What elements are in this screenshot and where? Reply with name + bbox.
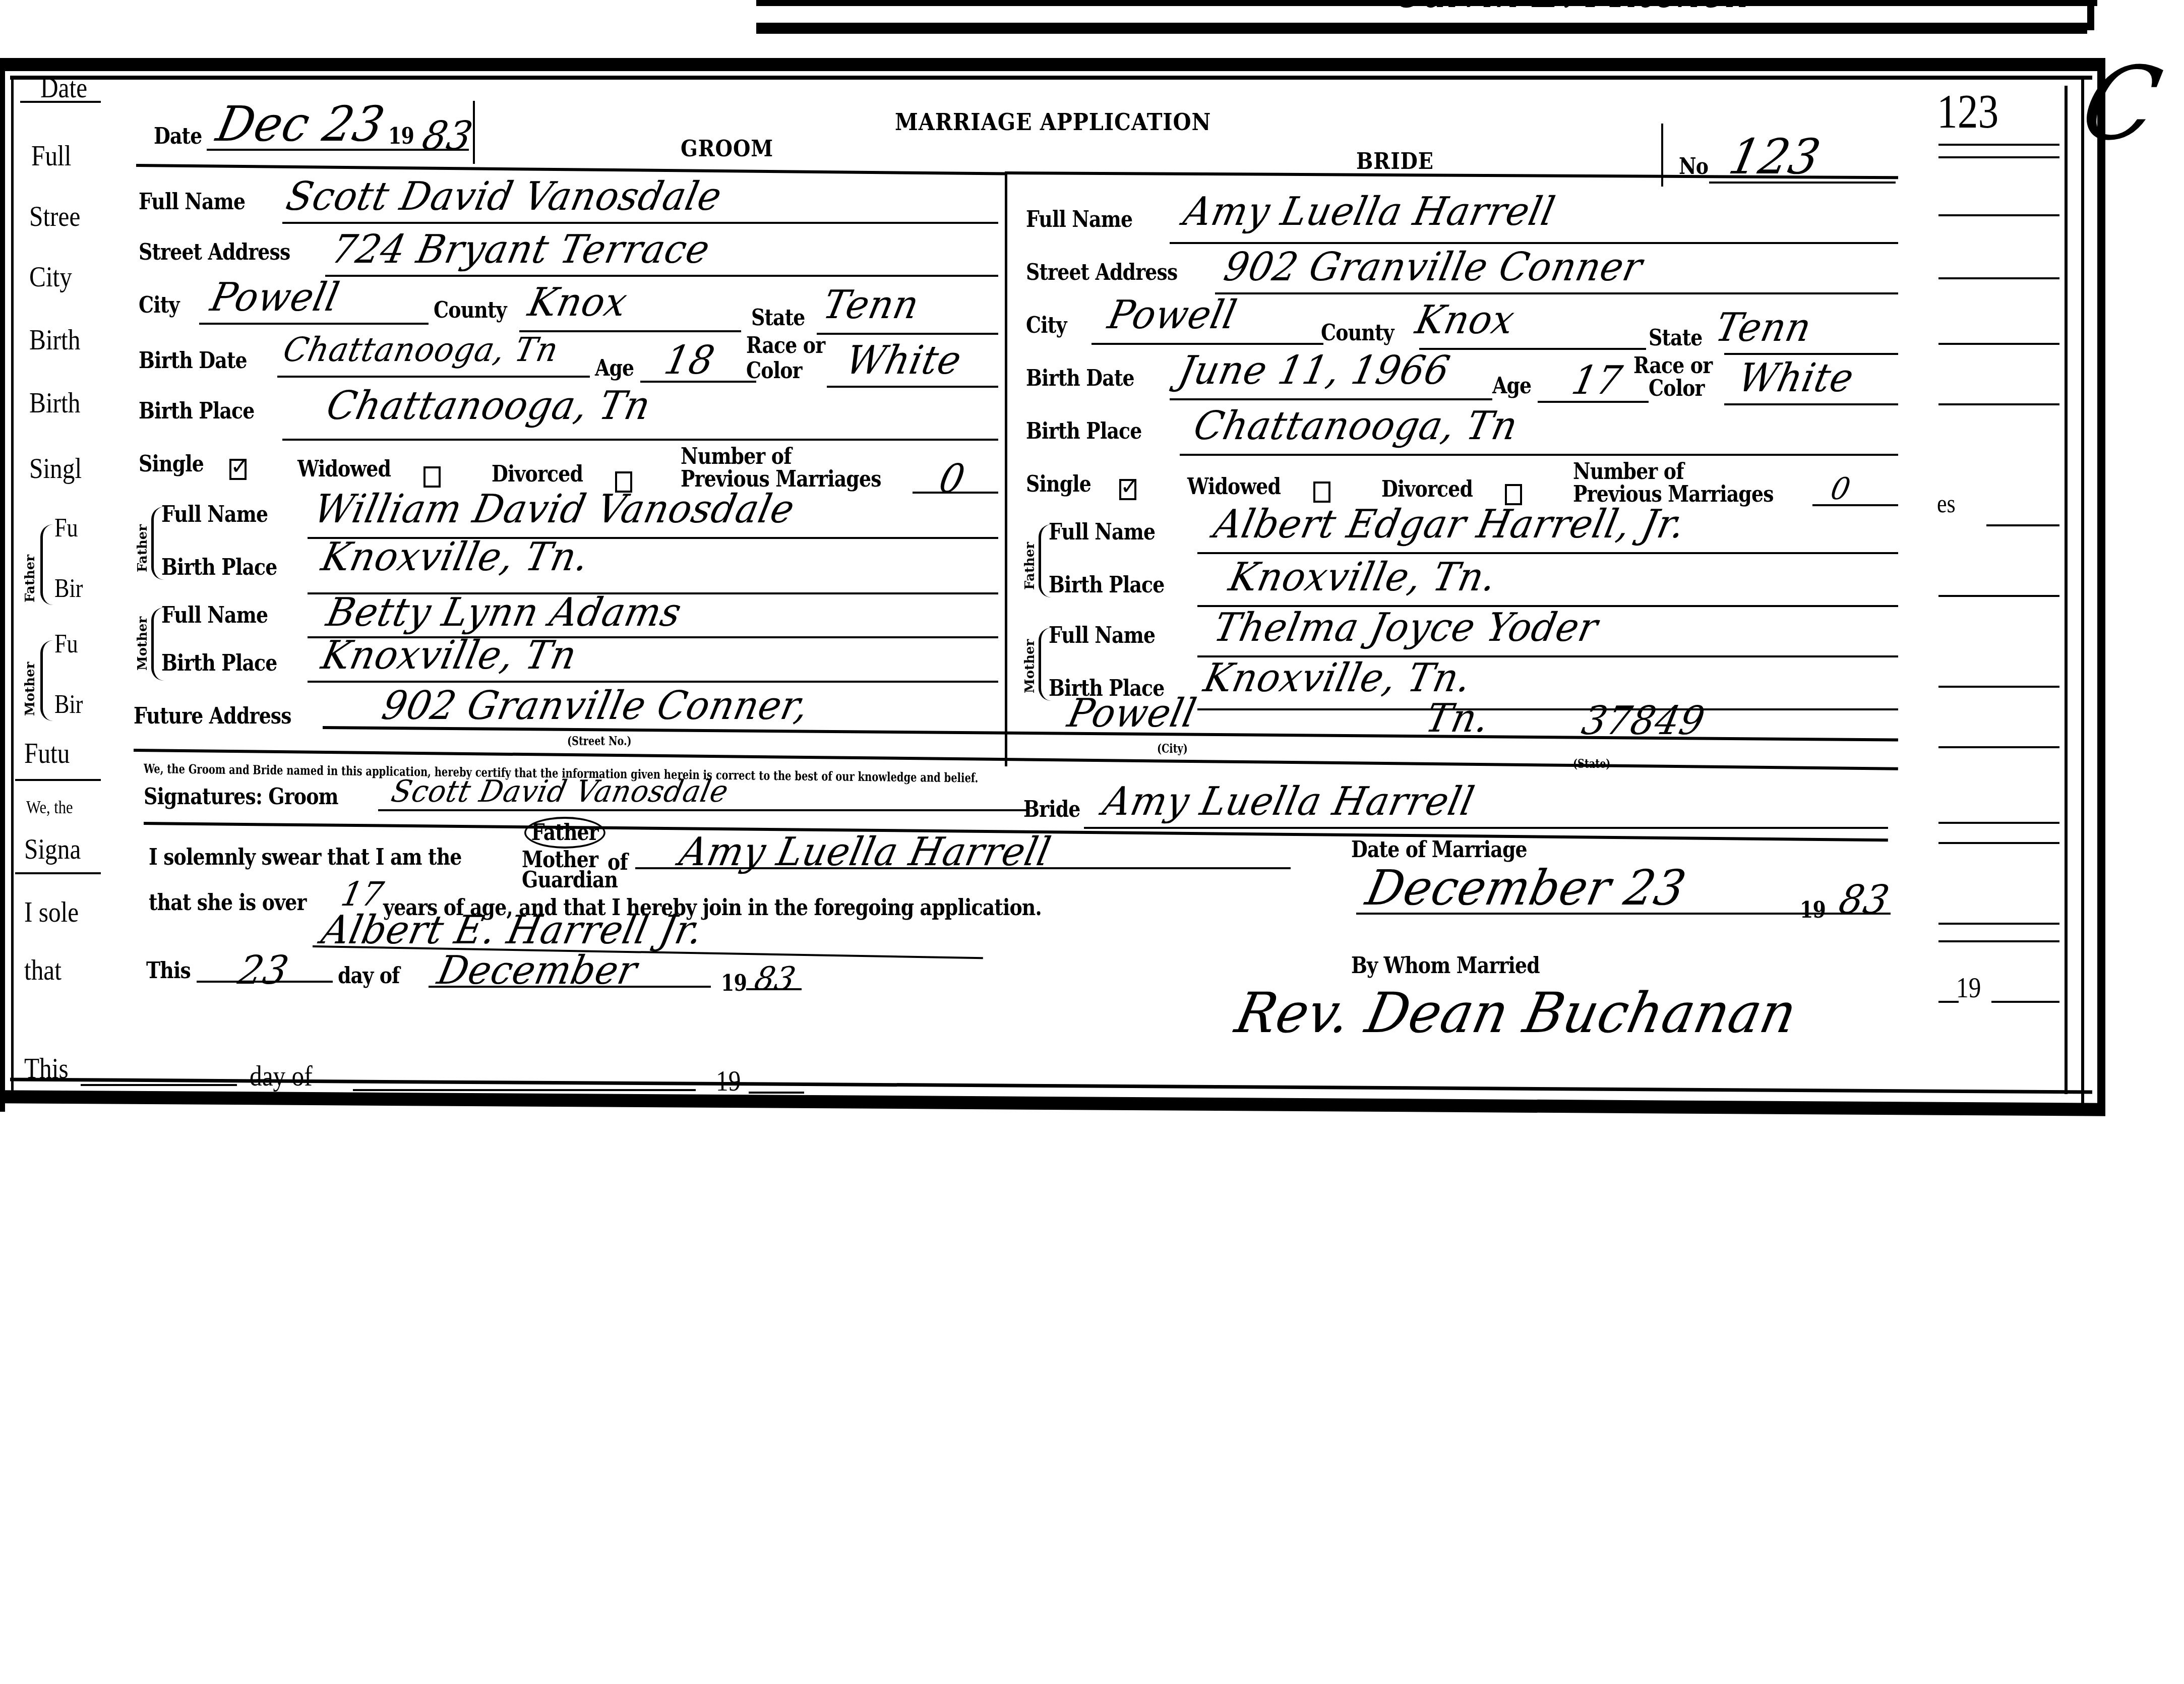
outer-border-right (2097, 58, 2105, 1112)
groom-prev-line (913, 492, 998, 494)
groom-mother-side-label: Mother (135, 617, 150, 671)
groom-race-line (827, 386, 998, 388)
groom-father-side-label: Father (135, 524, 150, 572)
groom-father-birth-place-label: Birth Place (161, 555, 277, 580)
bride-signature-label: Bride (1023, 797, 1080, 822)
stub-label: Bir (54, 690, 83, 719)
bride-birth-place-line (1180, 454, 1898, 456)
outer-border-left (0, 58, 5, 1112)
stub-label: Birth (29, 323, 80, 356)
bride-father-birth-place-label: Birth Place (1049, 572, 1164, 598)
groom-signature-line (378, 809, 1028, 811)
groom-mother-full-name[interactable]: Betty Lynn Adams (323, 590, 686, 635)
right-stub-fragment: es (1937, 489, 1956, 519)
date-of-marriage-value[interactable]: December 23 (1361, 860, 1691, 916)
bride-signature[interactable]: Amy Luella Harrell (1099, 779, 1478, 824)
groom-county[interactable]: Knox (524, 280, 631, 325)
consent-day-line (197, 981, 333, 983)
top-previous-form-border-2 (756, 23, 2087, 34)
stub-label: Fu (54, 629, 78, 659)
right-stub-line (1938, 746, 2059, 748)
right-stub-line (1986, 524, 2059, 526)
stub-line (15, 779, 101, 781)
bride-full-name-line (1170, 242, 1898, 244)
application-date-label: Date (154, 124, 202, 149)
consent-day-of-label: day of (338, 963, 399, 989)
bride-birth-date-line (1170, 398, 1492, 400)
stub-mother-brace (40, 640, 53, 721)
groom-full-name[interactable]: Scott David Vanosdale (282, 174, 726, 219)
groom-age-label: Age (595, 355, 634, 381)
bride-father-full-name[interactable]: Albert Edgar Harrell, Jr. (1210, 502, 1689, 547)
right-stub-line (1938, 940, 2059, 942)
date-of-marriage-label: Date of Marriage (1351, 837, 1527, 863)
officiant-name[interactable]: Rev. Dean Buchanan (1230, 981, 1802, 1045)
inner-border-bottom (10, 1077, 2092, 1094)
stub-label: that (24, 953, 62, 987)
stub-label: Singl (29, 451, 82, 485)
consent-month-line (429, 986, 711, 988)
bride-race-line (1724, 403, 1898, 405)
groom-mother-birth-place[interactable]: Knoxville, Tn (318, 633, 581, 678)
bride-birth-place-label: Birth Place (1026, 418, 1141, 444)
future-address-street[interactable]: 902 Granville Conner, (378, 683, 813, 729)
groom-state[interactable]: Tenn (819, 282, 923, 328)
stub-label: City (29, 260, 72, 293)
stub-line (749, 1092, 804, 1094)
consent-line2-prefix: that she is over (149, 890, 307, 916)
right-stub-line (1938, 842, 2059, 844)
groom-heading: GROOM (681, 136, 773, 162)
consent-option-father[interactable]: Father (524, 817, 605, 849)
groom-bride-divider (1005, 171, 1007, 766)
groom-single-checkbox[interactable]: ✓ (229, 459, 247, 480)
stub-label: Full (31, 139, 71, 172)
groom-city[interactable]: Powell (207, 275, 343, 320)
bride-street[interactable]: 902 Granville Conner (1220, 245, 1647, 290)
inner-border-top (10, 76, 2092, 80)
check-mark-icon: ✓ (1120, 474, 1139, 500)
bride-widowed-checkbox[interactable] (1313, 482, 1330, 503)
groom-signature[interactable]: Scott David Vanosdale (388, 774, 732, 809)
bride-father-side-label: Father (1022, 542, 1038, 590)
stub-label: Signa (24, 832, 81, 866)
groom-father-full-name[interactable]: William David Vanosdale (310, 487, 799, 532)
groom-widowed-label: Widowed (297, 456, 391, 482)
groom-birth-place[interactable]: Chattanooga, Tn (323, 383, 655, 429)
bride-county-label: County (1321, 320, 1394, 346)
bride-city-line (1091, 343, 1323, 345)
stub-label: I sole (24, 895, 79, 929)
stub-line (353, 1089, 696, 1091)
signatures-groom-label: Signatures: Groom (144, 784, 338, 810)
bride-mother-birth-place[interactable]: Knoxville, Tn. (1200, 655, 1476, 701)
groom-father-birth-place[interactable]: Knoxville, Tn. (318, 534, 593, 580)
groom-age-line (640, 381, 756, 383)
bride-full-name-label: Full Name (1026, 207, 1132, 232)
right-stub-line (1938, 343, 2059, 345)
groom-single-label: Single (139, 451, 204, 477)
bride-race-label-2: Color (1649, 376, 1705, 401)
groom-mother-birth-place-label: Birth Place (161, 650, 277, 676)
groom-father-full-name-label: Full Name (161, 502, 268, 527)
bride-mother-full-name[interactable]: Thelma Joyce Yoder (1210, 605, 1602, 650)
bride-city-label: City (1026, 313, 1067, 338)
bride-signature-line (1084, 827, 1888, 829)
application-date-year-prefix: 19 (388, 124, 414, 149)
date-of-marriage-line (1356, 913, 1891, 915)
stub-label: Bir (54, 574, 83, 604)
groom-full-name-label: Full Name (139, 189, 245, 215)
bride-city[interactable]: Powell (1104, 292, 1241, 338)
bride-birth-date-label: Birth Date (1026, 366, 1134, 391)
right-stub-line (1938, 923, 2059, 925)
groom-birth-date-label: Birth Date (139, 348, 247, 374)
stub-line (20, 101, 101, 103)
groom-mother-birth-place-line (308, 681, 998, 683)
consent-year-suffix[interactable]: 83 (751, 960, 799, 998)
stub-label: Fu (54, 513, 78, 543)
bride-single-label: Single (1026, 471, 1091, 497)
groom-race-label-1: Race or (746, 333, 825, 358)
inner-border-left (11, 76, 14, 1099)
bride-county[interactable]: Knox (1412, 297, 1519, 343)
consent-this-label: This (146, 958, 191, 984)
stub-label: Date (40, 71, 87, 104)
right-stub-line (1938, 214, 2059, 216)
application-date-value[interactable]: Dec 23 (212, 96, 390, 152)
groom-mother-full-name-label: Full Name (161, 603, 268, 628)
outer-border-bottom (0, 1090, 2105, 1116)
right-stub-line (1938, 144, 2059, 146)
bride-divorced-label: Divorced (1381, 476, 1473, 502)
stub-line (15, 872, 101, 874)
right-stub-line (1938, 403, 2059, 405)
groom-full-name-line (282, 222, 998, 224)
application-date-underline (207, 149, 469, 151)
groom-prev-label-1: Number of (681, 444, 792, 469)
bride-father-full-name-line (1197, 552, 1898, 554)
stub-day-of-label: day of (250, 1059, 313, 1093)
bride-birth-place[interactable]: Chattanooga, Tn (1190, 403, 1522, 449)
groom-state-label: State (751, 305, 805, 331)
future-address-city[interactable]: Powell (1064, 691, 1200, 736)
bride-prev-line (1812, 504, 1898, 506)
groom-race[interactable]: White (842, 338, 965, 383)
consent-minor-name-line (635, 867, 1291, 869)
stub-mother-side-label: Mother (23, 662, 38, 716)
stamp-number: 123 (1937, 83, 1998, 139)
groom-widowed-checkbox[interactable] (423, 466, 441, 488)
groom-age[interactable]: 18 (660, 338, 718, 383)
groom-street-line (325, 275, 998, 277)
consent-line1-prefix: I solemnly swear that I am the (149, 845, 462, 870)
bride-father-birth-place[interactable]: Knoxville, Tn. (1225, 555, 1501, 600)
right-stub-line (1938, 686, 2059, 688)
bride-prev-label-1: Number of (1573, 459, 1684, 485)
application-date-year-suffix[interactable]: 83 (418, 113, 476, 159)
bride-street-label: Street Address (1026, 260, 1177, 285)
consent-year-line (746, 988, 802, 990)
groom-city-line (199, 323, 429, 325)
bride-age-line (1538, 401, 1649, 403)
top-signature-fragment: Calvin E. Mitchell (1391, 0, 1758, 17)
outer-border-top (0, 58, 2102, 71)
future-address-city-caption: (City) (1157, 741, 1188, 756)
bride-age[interactable]: 17 (1568, 358, 1626, 403)
bride-state[interactable]: Tenn (1712, 305, 1815, 350)
bride-widowed-label: Widowed (1187, 474, 1281, 500)
check-mark-icon: ✓ (230, 454, 249, 479)
bride-father-full-name-label: Full Name (1049, 519, 1155, 545)
top-previous-form-right-edge (2087, 0, 2094, 30)
right-stub-year-prefix: 19 (1956, 971, 1981, 1004)
date-of-marriage-year-suffix[interactable]: 83 (1835, 877, 1893, 923)
stub-label: We, the (26, 797, 73, 818)
bride-heading: BRIDE (1356, 149, 1434, 174)
bride-race-label-1: Race or (1633, 353, 1712, 379)
groom-birth-date-line (277, 376, 590, 378)
by-whom-married-label: By Whom Married (1351, 953, 1540, 979)
bride-mother-full-name-label: Full Name (1049, 623, 1155, 648)
bride-single-checkbox[interactable]: ✓ (1119, 479, 1136, 500)
bride-race[interactable]: White (1734, 355, 1858, 401)
stub-father-side-label: Father (23, 555, 38, 603)
groom-street[interactable]: 724 Bryant Terrace (328, 227, 714, 272)
right-stub-line (1938, 156, 2059, 158)
right-stub-line (1938, 595, 2059, 597)
groom-divorced-label: Divorced (492, 461, 583, 487)
bride-mother-side-label: Mother (1022, 639, 1038, 693)
future-address-street-caption: (Street No.) (567, 734, 632, 748)
date-cell-divider (473, 101, 475, 164)
bride-full-name[interactable]: Amy Luella Harrell (1180, 189, 1559, 234)
right-stub-line (1938, 822, 2059, 824)
groom-birth-place-label: Birth Place (139, 398, 254, 424)
stub-label: Futu (24, 736, 70, 770)
bride-age-label: Age (1492, 373, 1531, 399)
date-of-marriage-year-prefix: 19 (1800, 897, 1826, 923)
right-stub-line (1938, 1001, 1959, 1003)
groom-birth-date[interactable]: Chattanooga, Tn (280, 330, 562, 369)
bride-birth-date[interactable]: June 11, 1966 (1175, 348, 1454, 393)
consent-day-value[interactable]: 23 (234, 948, 292, 993)
right-stub-line (1991, 1001, 2059, 1003)
future-address-label: Future Address (134, 703, 291, 729)
form-title: MARRIAGE APPLICATION (895, 108, 1211, 136)
number-underline (1709, 182, 1896, 184)
groom-birth-place-line (282, 439, 998, 441)
bride-mother-birth-place-line (1197, 708, 1898, 710)
stub-year-prefix: 19 (716, 1064, 741, 1098)
bride-street-line (1215, 292, 1898, 294)
consent-year-prefix: 19 (721, 971, 747, 996)
stub-father-brace (40, 524, 53, 605)
consent-option-guardian: Guardian (522, 867, 618, 893)
bride-state-line (1724, 353, 1898, 355)
groom-county-label: County (434, 297, 507, 323)
right-stub-border (2065, 86, 2068, 1094)
groom-city-label: City (139, 292, 179, 318)
right-stub-line (1938, 277, 2059, 279)
bride-state-label: State (1649, 325, 1703, 351)
stub-this-label: This (24, 1051, 69, 1085)
groom-state-line (817, 333, 998, 335)
groom-race-label-2: Color (746, 358, 802, 384)
stub-label: Stree (29, 199, 80, 233)
stub-line (81, 1084, 237, 1086)
inner-border-right (2081, 76, 2084, 1104)
groom-street-label: Street Address (139, 239, 290, 265)
groom-prev-value[interactable]: 0 (935, 456, 969, 502)
stub-label: Birth (29, 386, 80, 419)
bride-prev-value[interactable]: 0 (1828, 471, 1854, 507)
